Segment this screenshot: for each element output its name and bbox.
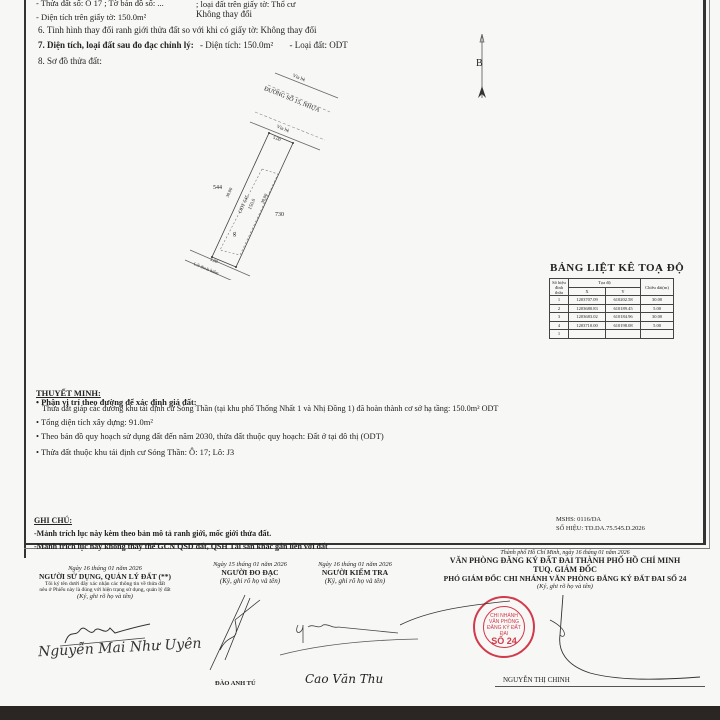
coord-cell-len: 5.00 xyxy=(641,321,674,330)
frame-border-right xyxy=(703,0,706,545)
explanation-bullet-1-detail: Thửa đất giáp các đường khu tái định cư … xyxy=(42,404,498,413)
left-neighbor-parcel: 544 xyxy=(213,185,222,191)
header-edge-length: Chiều dài(m) xyxy=(641,279,674,296)
inspector-signature-icon xyxy=(278,615,418,660)
land-type-on-paper: ; loại đất trên giấy tờ: Thổ cư xyxy=(196,0,295,9)
coord-cell-x: 1203710.00 xyxy=(569,321,606,330)
surveyor-title: NGƯỜI ĐO ĐẠC xyxy=(200,568,300,577)
inspector-sign-hint: (Ký, ghi rõ họ và tên) xyxy=(305,577,405,585)
coord-table-row: 21203680.83610189.455.00 xyxy=(550,304,674,313)
coord-cell-y: 610202.58 xyxy=(606,296,641,305)
area-on-paper: - Diện tích trên giấy tờ: 150.0m² xyxy=(36,12,146,22)
coord-table-row: 31203683.02610184.9630.00 xyxy=(550,313,674,322)
header-vertex: Số hiệu đỉnh thửa xyxy=(550,279,569,296)
document-serial: SỐ HIỆU: TD.DA.75.545.D.2026 xyxy=(556,525,645,532)
coord-cell-id: 1 xyxy=(550,330,569,339)
coord-cell-id: 3 xyxy=(550,313,569,322)
inspector-sign-date: Ngày 16 tháng 01 năm 2026 xyxy=(305,561,405,568)
coord-cell-len xyxy=(641,330,674,339)
header-coords: Tọa độ xyxy=(569,279,641,288)
header-y: Y xyxy=(606,287,641,296)
coord-table-row: 11203707.09610202.5830.00 xyxy=(550,296,674,305)
coord-cell-len: 5.00 xyxy=(641,304,674,313)
boundary-change-note: Không thay đổi xyxy=(196,9,252,19)
inspector-signature-block: Ngày 16 tháng 01 năm 2026 NGƯỜI KIỂM TRA… xyxy=(305,561,405,585)
coord-table-row: 1 xyxy=(550,330,674,339)
note-1: -Mảnh trích lục này kèm theo bản mô tả r… xyxy=(34,529,271,538)
office-role-2: PHÓ GIÁM ĐỐC CHI NHÁNH VĂN PHÒNG ĐĂNG KÝ… xyxy=(420,574,710,583)
coord-cell-x: 1203707.09 xyxy=(569,296,606,305)
document-page: - Thửa đất số: Ô 17 ; Tờ bản đồ số: ... … xyxy=(0,0,720,720)
item-7: 7. Diện tích, loại đất sau đo đạc chỉnh … xyxy=(38,40,348,50)
right-neighbor-parcel: 730 xyxy=(275,212,284,218)
note-2: -Mảnh trích lục này không thay thế GCN Q… xyxy=(34,542,328,551)
coord-table-row: 41203710.00610198.085.00 xyxy=(550,321,674,330)
surveyor-sign-hint: (Ký, ghi rõ họ và tên) xyxy=(200,577,300,585)
item-7-type: - Loại đất: ODT xyxy=(289,40,347,50)
item-7-area: - Diện tích: 150.0m² xyxy=(200,40,273,50)
coord-cell-y: 610189.45 xyxy=(606,304,641,313)
surveyor-sign-date: Ngày 15 tháng 01 năm 2026 xyxy=(200,561,300,568)
frame-border-left xyxy=(24,0,26,558)
inspector-name: Cao Văn Thu xyxy=(305,672,383,686)
north-arrow-label: B xyxy=(476,58,483,69)
coord-table-title: BẢNG LIỆT KÊ TOẠ ĐỘ xyxy=(550,262,684,274)
owner-sign-date: Ngày 16 tháng 01 năm 2026 xyxy=(30,565,180,572)
msis-code: MSHS: 0116/DA xyxy=(556,516,601,523)
item-8: 8. Sơ đồ thửa đất: xyxy=(38,56,102,66)
surveyor-signature-icon xyxy=(205,590,265,675)
parcel-diagram xyxy=(180,70,340,280)
frame-border-right-outer xyxy=(709,0,710,548)
coord-cell-y: 610184.96 xyxy=(606,313,641,322)
coord-cell-y xyxy=(606,330,641,339)
coord-cell-id: 4 xyxy=(550,321,569,330)
inspector-title: NGƯỜI KIỂM TRA xyxy=(305,568,405,577)
notes-title: GHI CHÚ: xyxy=(34,516,72,525)
coord-cell-id: 1 xyxy=(550,296,569,305)
parcel-number-line: - Thửa đất số: Ô 17 ; Tờ bản đồ số: ... xyxy=(36,0,164,8)
owner-title: NGƯỜI SỬ DỤNG, QUẢN LÝ ĐẤT (**) xyxy=(30,572,180,581)
owner-signature-block: Ngày 16 tháng 01 năm 2026 NGƯỜI SỬ DỤNG,… xyxy=(30,565,180,600)
office-role-1: TUQ. GIÁM ĐỐC xyxy=(420,565,710,574)
item-7-label: 7. Diện tích, loại đất sau đo đạc chỉnh … xyxy=(38,40,194,50)
coord-cell-y: 610198.08 xyxy=(606,321,641,330)
coord-cell-x: 1203680.83 xyxy=(569,304,606,313)
explanation-bullet-4: • Thửa đất thuộc khu tái định cư Sóng Th… xyxy=(36,447,234,457)
explanation-bullet-3: • Theo bản đồ quy hoạch sử dụng đất đến … xyxy=(36,431,384,441)
office-sign-hint: (Ký, ghi rõ họ và tên) xyxy=(420,583,710,590)
building-marker: g xyxy=(233,231,236,237)
header-x: X xyxy=(569,287,606,296)
item-6: 6. Tình hình thay đổi ranh giới thửa đất… xyxy=(38,25,316,35)
coord-cell-len: 30.00 xyxy=(641,296,674,305)
surveyor-name: ĐÀO ANH TÚ xyxy=(215,680,256,687)
coord-cell-x xyxy=(569,330,606,339)
owner-sign-hint: (Ký, ghi rõ họ và tên) xyxy=(30,593,180,600)
surveyor-signature-block: Ngày 15 tháng 01 năm 2026 NGƯỜI ĐO ĐẠC (… xyxy=(200,561,300,585)
signature-underline xyxy=(495,686,705,687)
office-signature-icon xyxy=(400,595,710,685)
coord-cell-len: 30.00 xyxy=(641,313,674,322)
office-signer-name: NGUYỄN THỊ CHINH xyxy=(503,676,570,684)
office-signature-block: Thành phố Hồ Chí Minh, ngày 16 tháng 01 … xyxy=(420,550,710,590)
coord-cell-x: 1203683.02 xyxy=(569,313,606,322)
coord-cell-id: 2 xyxy=(550,304,569,313)
explanation-bullet-2: • Tổng diện tích xây dựng: 91.0m² xyxy=(36,417,153,427)
coord-table: Số hiệu đỉnh thửa Tọa độ Chiều dài(m) X … xyxy=(549,278,674,339)
office-org: VĂN PHÒNG ĐĂNG KÝ ĐẤT ĐAI THÀNH PHỐ HỒ C… xyxy=(420,556,710,565)
photo-edge-bar xyxy=(0,706,720,720)
